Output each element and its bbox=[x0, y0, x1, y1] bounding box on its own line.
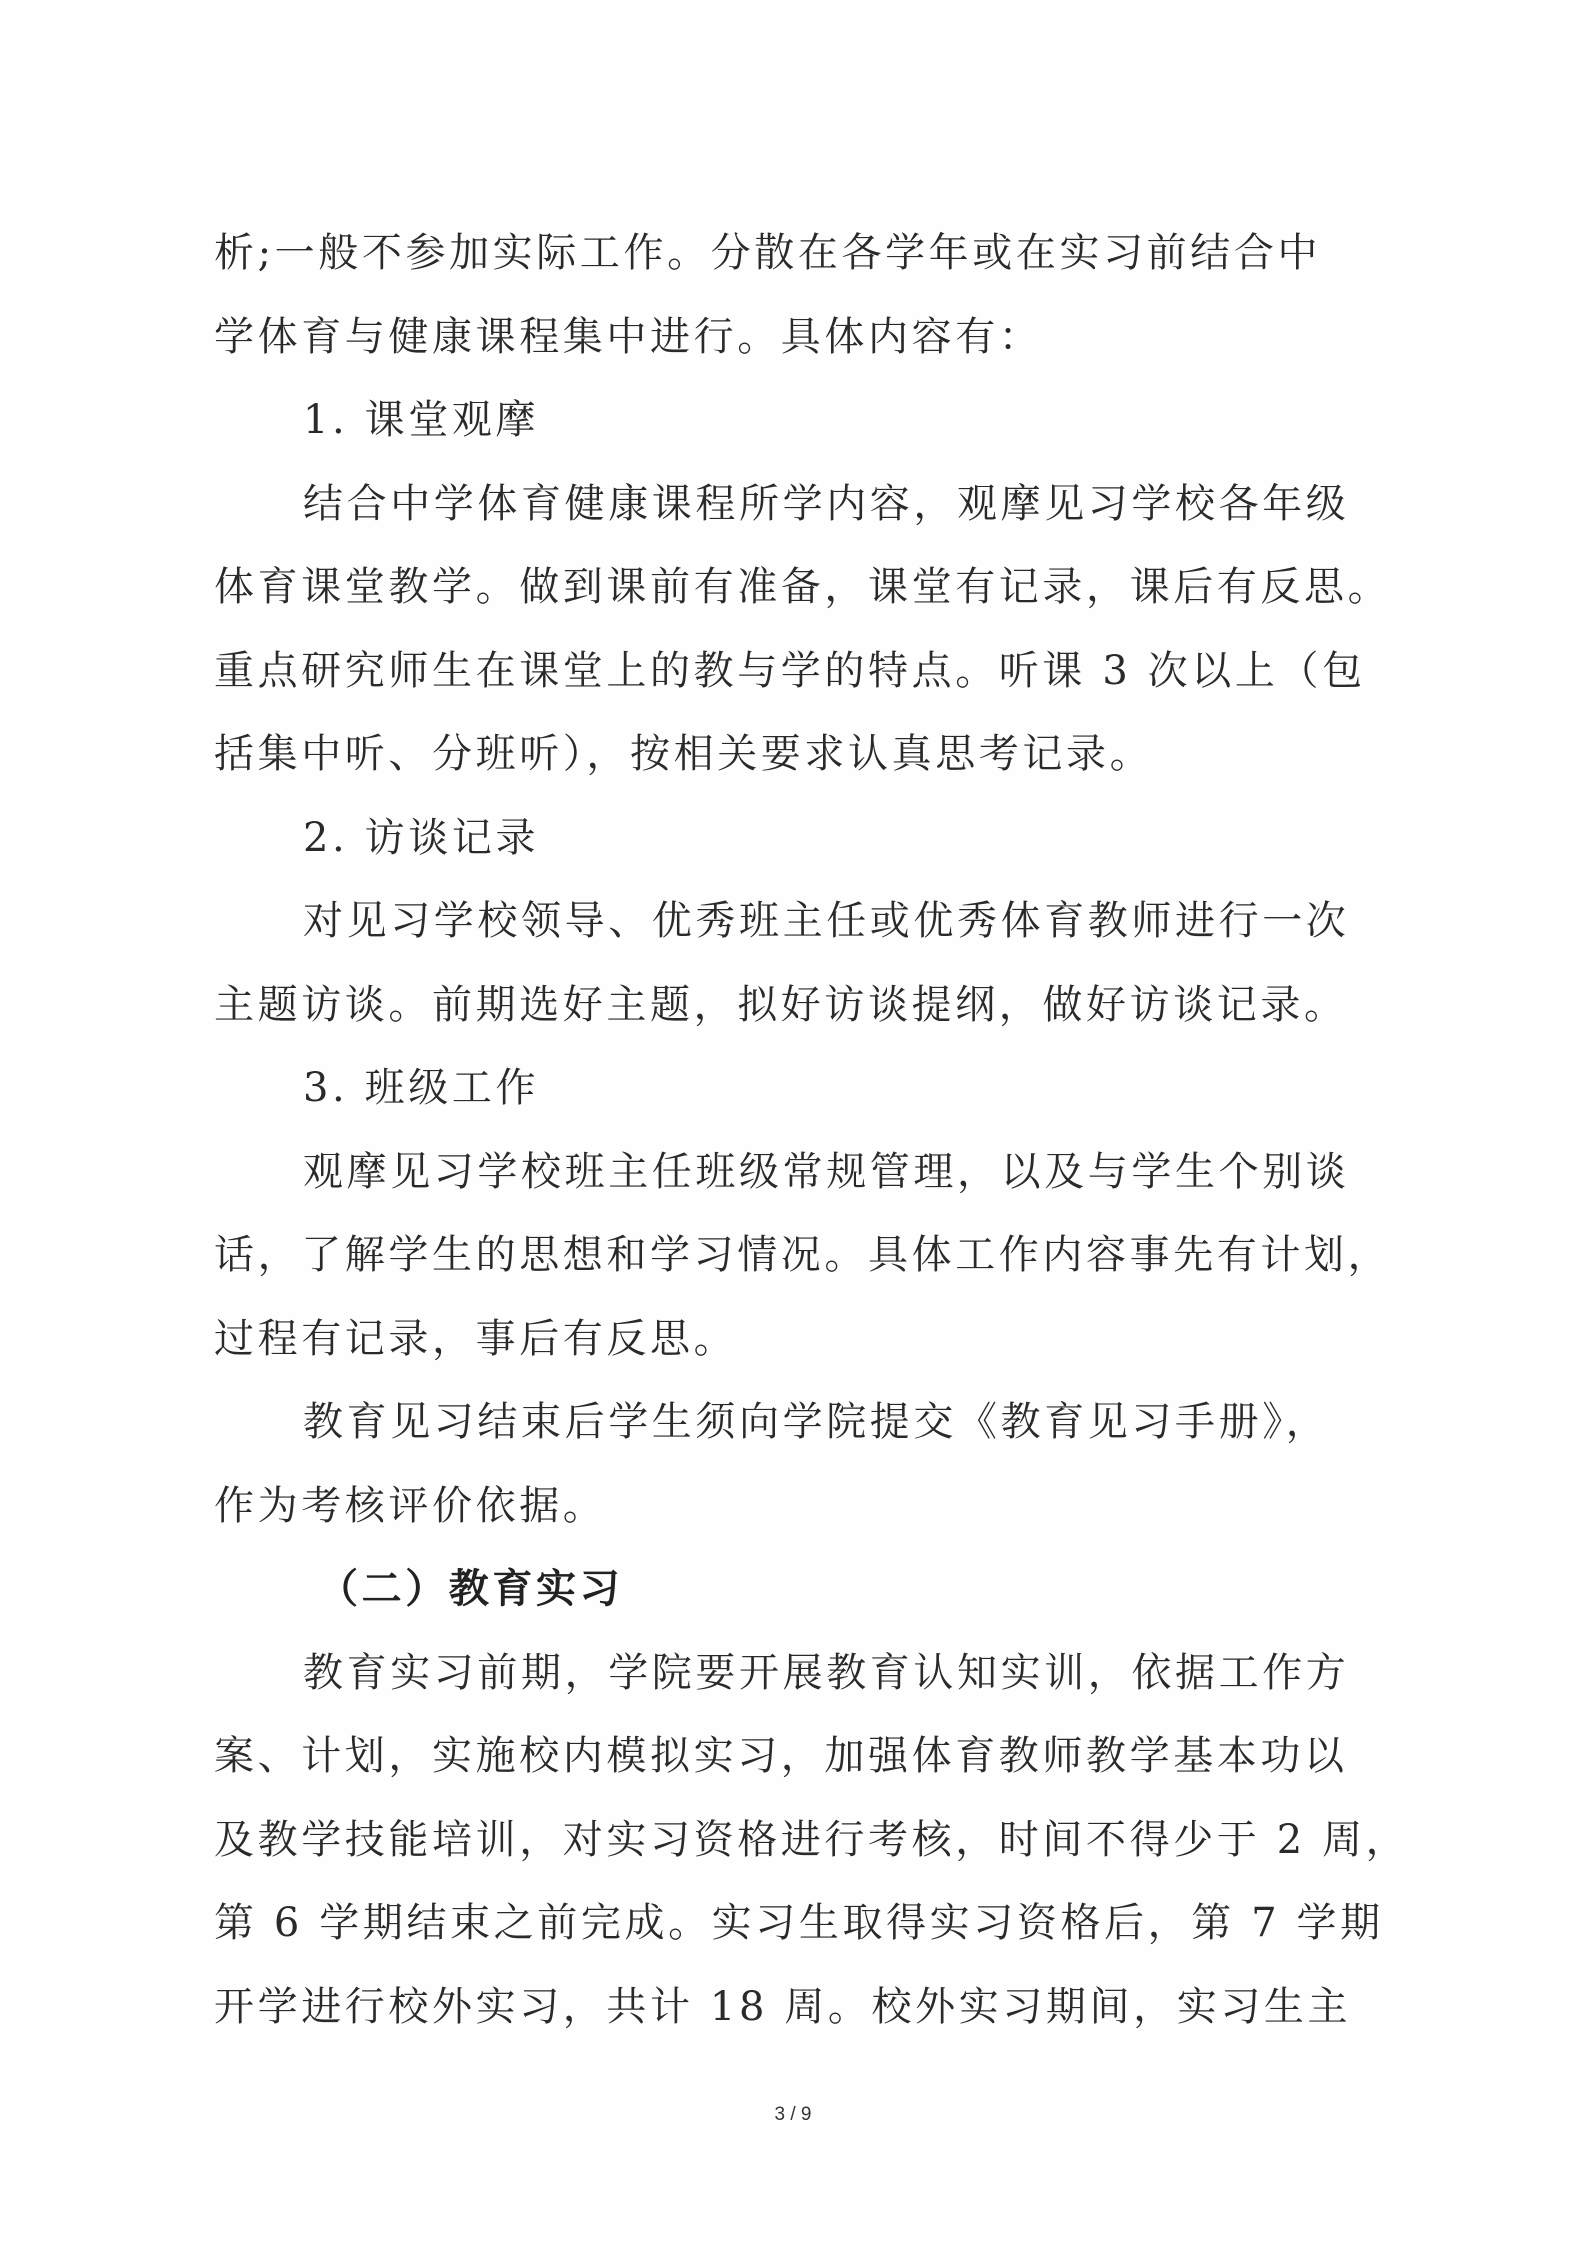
subheading-class-work: 3. 班级工作 bbox=[303, 1046, 1413, 1130]
body-line: 重点研究师生在课堂上的教与学的特点。听课 3 次以上（包 bbox=[214, 629, 1324, 713]
paragraph-start: 结合中学体育健康课程所学内容，观摩见习学校各年级 bbox=[303, 462, 1413, 546]
paragraph-start: 观摩见习学校班主任班级常规管理，以及与学生个别谈 bbox=[303, 1130, 1413, 1214]
body-line: 体育课堂教学。做到课前有准备，课堂有记录，课后有反思。 bbox=[214, 545, 1324, 629]
body-line: 案、计划，实施校内模拟实习，加强体育教师教学基本功以 bbox=[214, 1714, 1324, 1798]
body-line: 开学进行校外实习，共计 18 周。校外实习期间，实习生主 bbox=[214, 1965, 1324, 2049]
paragraph-start: 教育见习结束后学生须向学院提交《教育见习手册》， bbox=[303, 1380, 1413, 1464]
document-page: 析;一般不参加实际工作。分散在各学年或在实习前结合中 学体育与健康课程集中进行。… bbox=[0, 0, 1586, 2242]
paragraph-start: 教育实习前期，学院要开展教育认知实训，依据工作方 bbox=[303, 1631, 1413, 1715]
body-line: 作为考核评价依据。 bbox=[214, 1464, 1324, 1548]
body-line: 第 6 学期结束之前完成。实习生取得实习资格后，第 7 学期 bbox=[214, 1881, 1324, 1965]
subheading-interview-record: 2. 访谈记录 bbox=[303, 796, 1413, 880]
section-heading-education-internship: （二）教育实习 bbox=[318, 1547, 1428, 1631]
body-line: 析;一般不参加实际工作。分散在各学年或在实习前结合中 bbox=[214, 211, 1324, 295]
paragraph-start: 对见习学校领导、优秀班主任或优秀体育教师进行一次 bbox=[303, 879, 1413, 963]
body-line: 括集中听、分班听），按相关要求认真思考记录。 bbox=[214, 712, 1324, 796]
body-line: 话，了解学生的思想和学习情况。具体工作内容事先有计划， bbox=[214, 1213, 1324, 1297]
body-line: 过程有记录，事后有反思。 bbox=[214, 1297, 1324, 1381]
body-line: 及教学技能培训，对实习资格进行考核，时间不得少于 2 周， bbox=[214, 1798, 1324, 1882]
page-number: 3 / 9 bbox=[0, 2104, 1586, 2126]
subheading-classroom-observation: 1. 课堂观摩 bbox=[303, 378, 1413, 462]
body-line: 学体育与健康课程集中进行。具体内容有： bbox=[214, 295, 1324, 379]
body-line: 主题访谈。前期选好主题，拟好访谈提纲，做好访谈记录。 bbox=[214, 963, 1324, 1047]
